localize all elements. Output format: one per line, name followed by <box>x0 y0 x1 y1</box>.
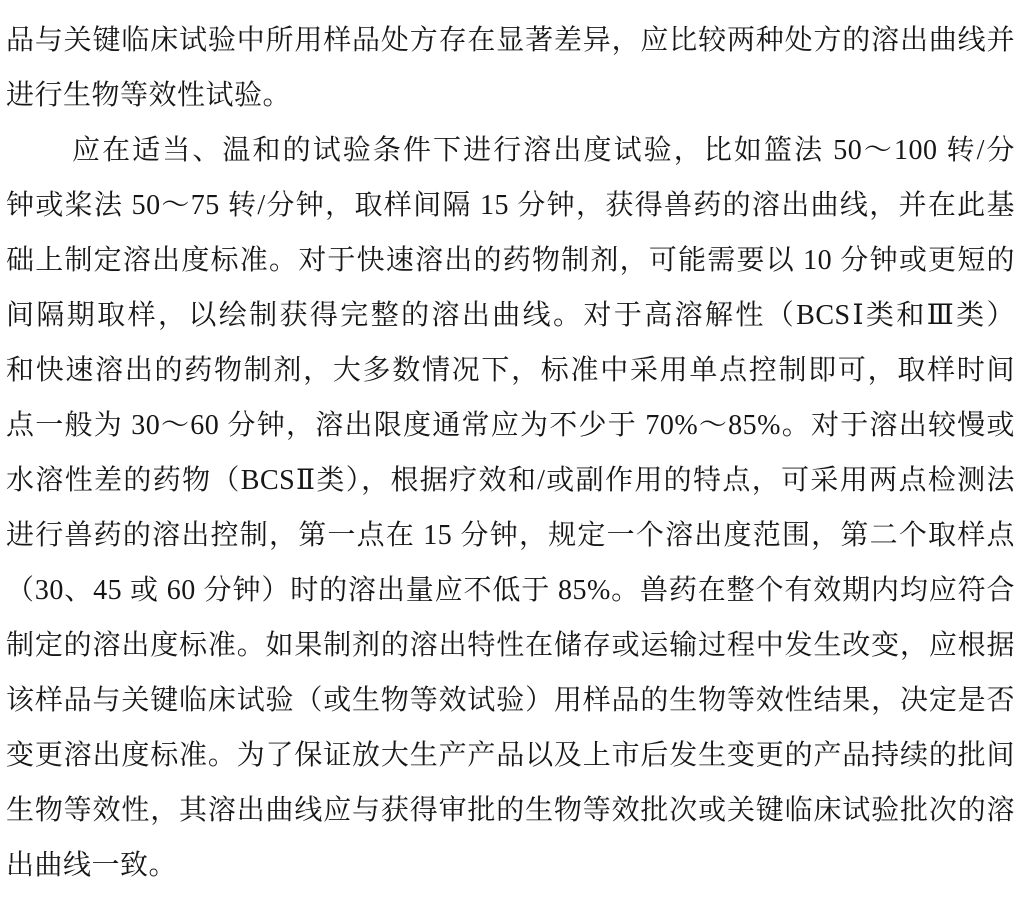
text-line: 础上制定溶出度标准。对于快速溶出的药物制剂，可能需要以 10 分钟或更短的 <box>6 233 1015 288</box>
text-line: 出曲线一致。 <box>6 838 1015 893</box>
text-line: 钟或桨法 50～75 转/分钟，取样间隔 15 分钟，获得兽药的溶出曲线，并在此… <box>6 178 1015 233</box>
text-line: 进行生物等效性试验。 <box>6 68 1015 123</box>
text-line: 该样品与关键临床试验（或生物等效试验）用样品的生物等效性结果，决定是否 <box>6 673 1015 728</box>
text-line: 生物等效性，其溶出曲线应与获得审批的生物等效批次或关键临床试验批次的溶 <box>6 783 1015 838</box>
text-line: 进行兽药的溶出控制，第一点在 15 分钟，规定一个溶出度范围，第二个取样点 <box>6 508 1015 563</box>
text-line: （30、45 或 60 分钟）时的溶出量应不低于 85%。兽药在整个有效期内均应… <box>6 563 1015 618</box>
text-line: 水溶性差的药物（BCSⅡ类），根据疗效和/或副作用的特点，可采用两点检测法 <box>6 453 1015 508</box>
text-line: 制定的溶出度标准。如果制剂的溶出特性在储存或运输过程中发生改变，应根据 <box>6 618 1015 673</box>
text-line: 和快速溶出的药物制剂，大多数情况下，标准中采用单点控制即可，取样时间 <box>6 343 1015 398</box>
text-line: 变更溶出度标准。为了保证放大生产产品以及上市后发生变更的产品持续的批间 <box>6 728 1015 783</box>
text-line: 点一般为 30～60 分钟，溶出限度通常应为不少于 70%～85%。对于溶出较慢… <box>6 398 1015 453</box>
text-line: 应在适当、温和的试验条件下进行溶出度试验，比如篮法 50～100 转/分 <box>6 123 1015 178</box>
text-line: 间隔期取样，以绘制获得完整的溶出曲线。对于高溶解性（BCSⅠ类和Ⅲ类） <box>6 288 1015 343</box>
document-page: 品与关键临床试验中所用样品处方存在显著差异，应比较两种处方的溶出曲线并 进行生物… <box>0 0 1024 907</box>
text-line: 品与关键临床试验中所用样品处方存在显著差异，应比较两种处方的溶出曲线并 <box>6 13 1015 68</box>
